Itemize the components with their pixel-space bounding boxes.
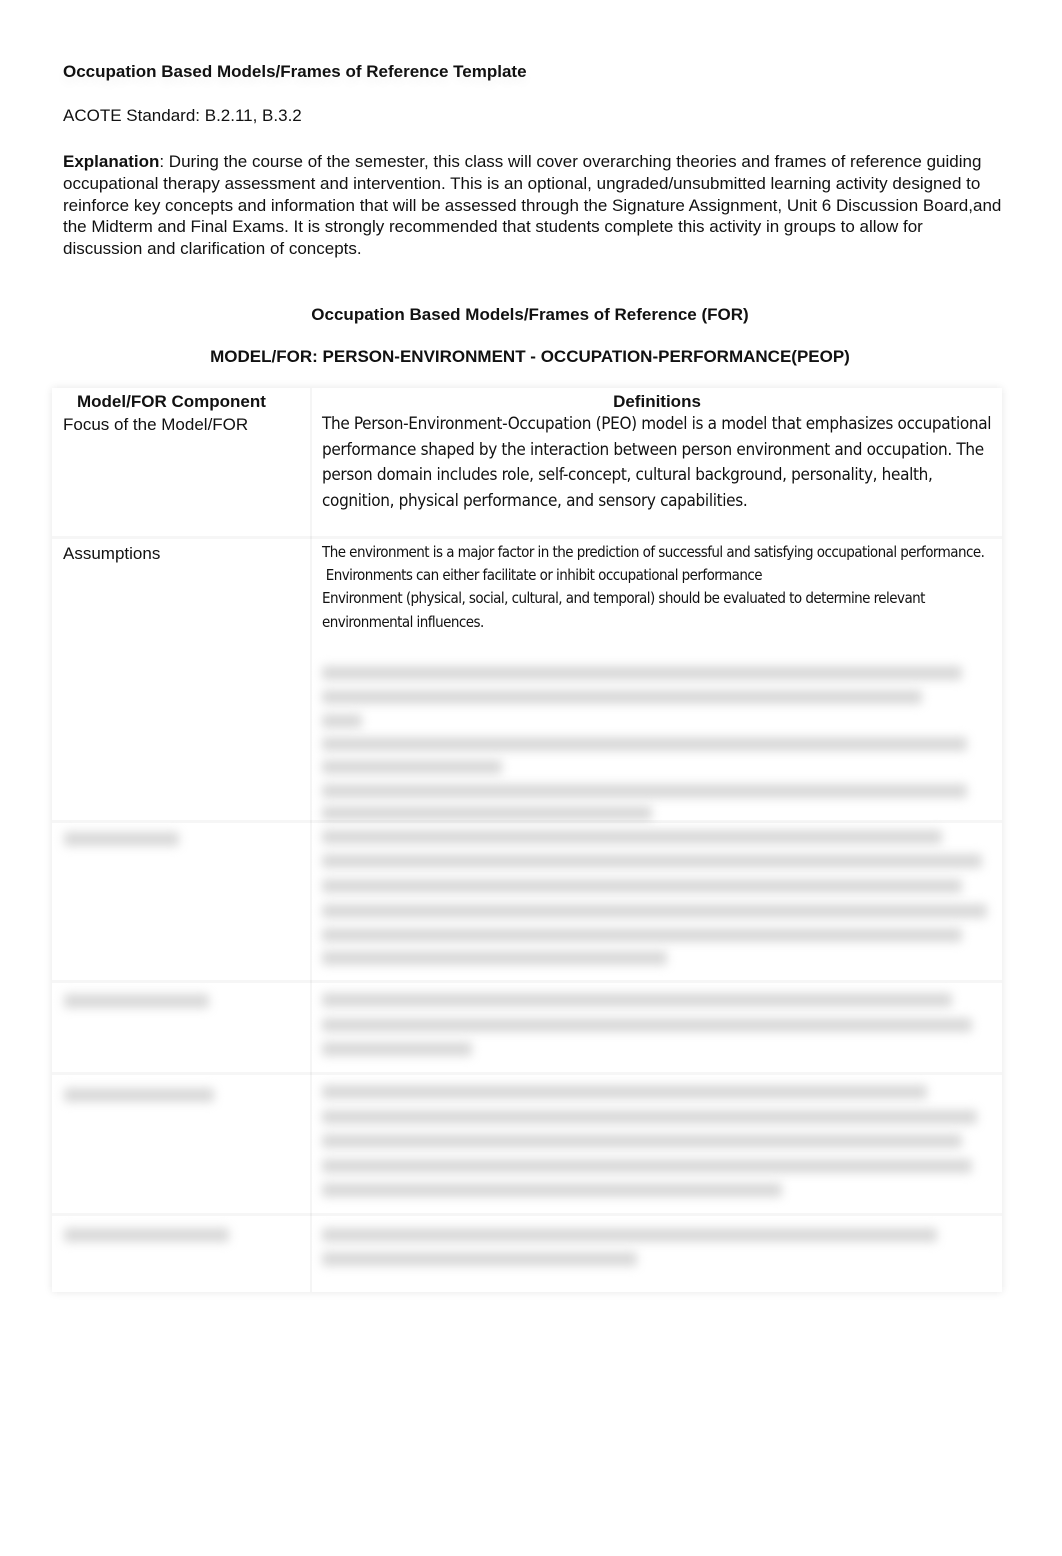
row-divider <box>52 536 1002 539</box>
model-table: Model/FOR Component Definitions Focus of… <box>52 388 1002 1292</box>
row-divider <box>52 1072 1002 1075</box>
row-definition-focus: The Person-Environment-Occupation (PEO) … <box>322 412 992 514</box>
header-component: Model/FOR Component <box>77 392 266 412</box>
document-title: Occupation Based Models/Frames of Refere… <box>63 62 527 82</box>
assumption-line: The environment is a major factor in the… <box>322 541 992 564</box>
section-heading: Occupation Based Models/Frames of Refere… <box>40 305 1020 325</box>
row-label-assumptions: Assumptions <box>63 544 160 564</box>
model-heading: MODEL/FOR: PERSON-ENVIRONMENT - OCCUPATI… <box>40 347 1020 367</box>
row-definition-assumptions: The environment is a major factor in the… <box>322 541 992 634</box>
assumption-line: Environment (physical, social, cultural,… <box>322 587 992 633</box>
row-label-focus: Focus of the Model/FOR <box>63 415 248 435</box>
acote-standard: ACOTE Standard: B.2.11, B.3.2 <box>63 106 302 126</box>
header-definitions: Definitions <box>312 392 1002 412</box>
explanation-paragraph: Explanation: During the course of the se… <box>63 151 1003 260</box>
assumption-line: Environments can either facilitate or in… <box>322 564 992 587</box>
explanation-text: : During the course of the semester, thi… <box>63 152 1001 258</box>
explanation-label: Explanation <box>63 152 159 171</box>
row-divider <box>52 820 1002 823</box>
column-divider <box>310 388 312 1292</box>
row-divider <box>52 1213 1002 1216</box>
row-divider <box>52 980 1002 983</box>
